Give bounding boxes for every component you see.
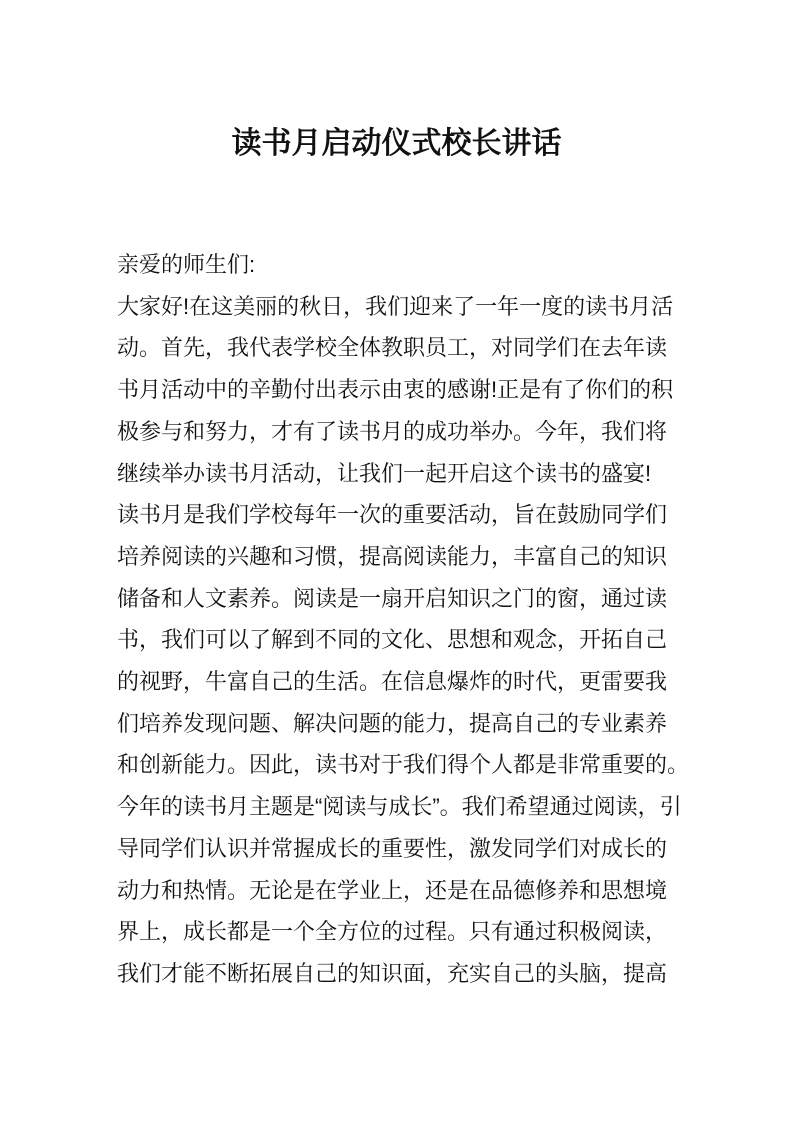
text-line: 书，我们可以了解到不同的文化、思想和观念，开拓自己 [117, 619, 717, 661]
text-line: 导同学们认识并常握成长的重要性，激发同学们对成长的 [117, 828, 717, 870]
document-title: 读书月启动仪式校长讲话 [0, 126, 793, 162]
text-line: 亲爱的师生们: [117, 244, 717, 286]
text-line: 动。首先，我代表学校全体教职员工，对同学们在去年读 [117, 327, 717, 369]
text-line: 读书月是我们学校每年一次的重要活动，旨在鼓励同学们 [117, 494, 717, 536]
text-line: 储备和人文素养。阅读是一扇开启知识之门的窗，通过读 [117, 578, 717, 620]
text-line: 培养阅读的兴趣和习惯，提高阅读能力，丰富自己的知识 [117, 536, 717, 578]
text-line: 极参与和努力，才有了读书月的成功举办。今年，我们将 [117, 411, 717, 453]
document-page: 读书月启动仪式校长讲话 亲爱的师生们:大家好!在这美丽的秋日，我们迎来了一年一度… [0, 0, 793, 1122]
text-line: 和创新能力。因此，读书对于我们得个人都是非常重要的。 [117, 744, 717, 786]
text-line: 的视野，牛富自己的生活。在信息爆炸的时代，更雷要我 [117, 661, 717, 703]
text-line: 动力和热情。无论是在学业上，还是在品德修养和思想境 [117, 870, 717, 912]
text-line: 书月活动中的辛勤付出表示由衷的感谢!正是有了你们的积 [117, 369, 717, 411]
text-line: 界上，成长都是一个全方位的过程。只有通过积极阅读， [117, 911, 717, 953]
text-line: 继续举办读书月活动，让我们一起开启这个读书的盛宴! [117, 453, 717, 495]
text-line: 今年的读书月主题是“阅读与成长”。我们希望通过阅读，引 [117, 786, 717, 828]
text-line: 我们才能不断拓展自己的知识面，充实自己的头脑，提高 [117, 953, 717, 995]
text-line: 们培养发现问题、解决问题的能力，提高自己的专业素养 [117, 703, 717, 745]
text-line: 大家好!在这美丽的秋日，我们迎来了一年一度的读书月活 [117, 286, 717, 328]
document-body: 亲爱的师生们:大家好!在这美丽的秋日，我们迎来了一年一度的读书月活动。首先，我代… [117, 244, 717, 995]
